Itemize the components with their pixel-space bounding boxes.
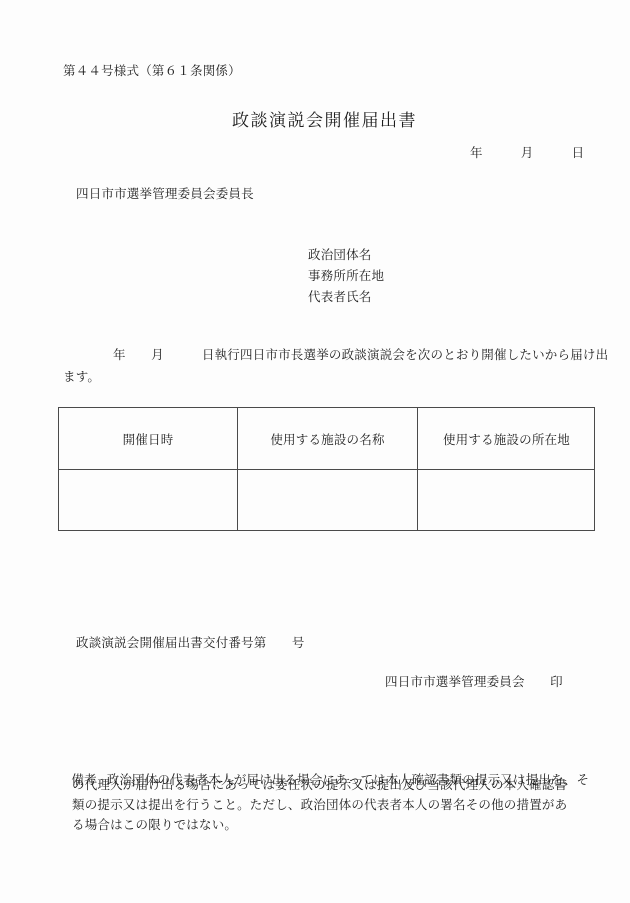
- committee-seal-line: 四日市市選挙管理委員会 印: [385, 675, 563, 690]
- table-header-meeting-datetime: 開催日時: [59, 408, 238, 470]
- document-title: 政談演説会開催届出書: [232, 111, 417, 131]
- remarks-line-3: 類の提示又は提出を行うこと。ただし、政治団体の代表者本人の署名その他の措置があ: [72, 798, 567, 813]
- submission-date-blank: 年 月 日: [470, 146, 584, 161]
- form-number: 第４４号様式（第６１条関係）: [63, 64, 241, 79]
- addressee-line: 四日市市選挙管理委員会委員長: [76, 187, 254, 202]
- meeting-schedule-table: 開催日時 使用する施設の名称 使用する施設の所在地: [58, 407, 595, 531]
- form-document-page: 第４４号様式（第６１条関係） 政談演説会開催届出書 年 月 日 四日市市選挙管理…: [0, 0, 630, 903]
- remarks-line-4: る場合はこの限りではない。: [72, 818, 237, 833]
- table-cell-facility-name-blank: [238, 470, 418, 531]
- applicant-field-organization-name: 政治団体名: [308, 248, 372, 263]
- applicant-field-office-address: 事務所所在地: [308, 269, 384, 284]
- applicant-field-representative-name: 代表者氏名: [308, 290, 372, 305]
- table-cell-facility-address-blank: [418, 470, 595, 531]
- table-cell-meeting-datetime-blank: [59, 470, 238, 531]
- body-paragraph-line-2: ます。: [63, 370, 100, 385]
- table-header-facility-address: 使用する施設の所在地: [418, 408, 595, 470]
- remarks-line-2: の代理人が届け出る場合にあっては委任状の提示又は提出及び当該代理人の本人確認書: [72, 778, 567, 793]
- issuance-number-line: 政談演説会開催届出書交付番号第 号: [76, 636, 305, 651]
- body-paragraph-line-1: 年 月 日執行四日市市長選挙の政談演説会を次のとおり開催したいから届け出: [113, 348, 608, 363]
- table-header-facility-name: 使用する施設の名称: [238, 408, 418, 470]
